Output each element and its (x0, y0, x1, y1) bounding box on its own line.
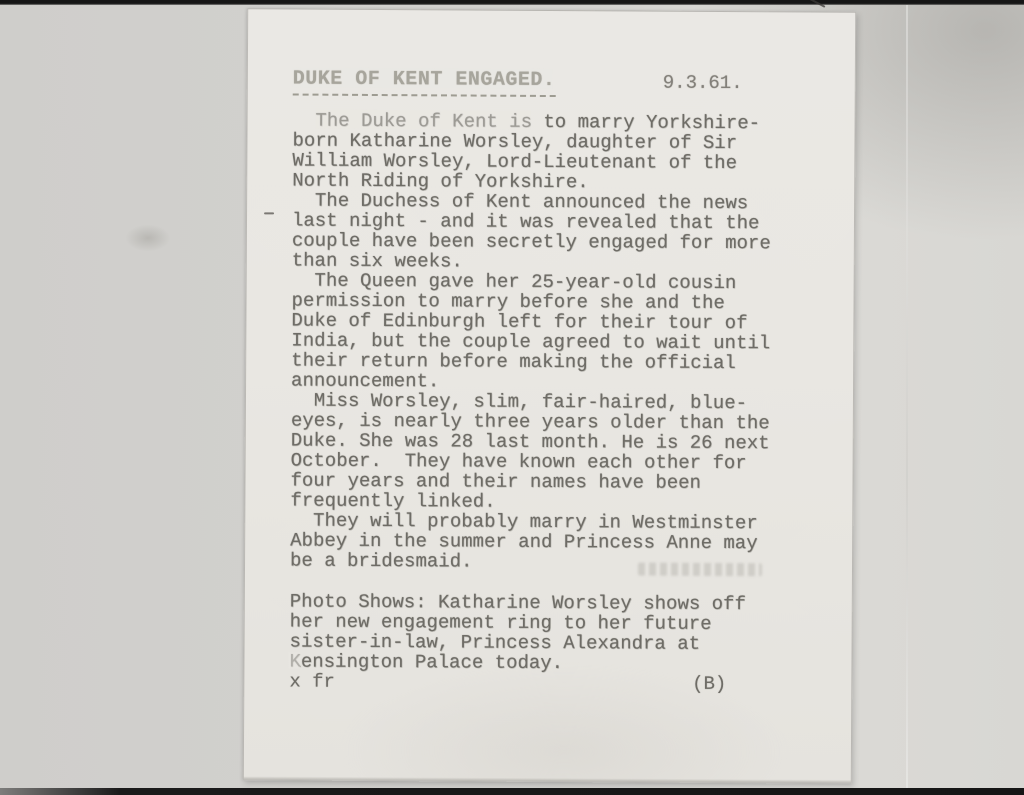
document-title: DUKE OF KENT ENGAGED. (293, 68, 556, 98)
photograph-background: DUKE OF KENT ENGAGED. 9.3.61. The Duke o… (0, 0, 1024, 795)
paper-edge-shadow (244, 776, 851, 782)
agency-mark: (B) (692, 674, 726, 694)
document-body-text: The Duke of Kent is to marry Yorkshire- … (290, 111, 772, 574)
ink-ghost-impression (638, 563, 762, 577)
margin-dash-mark (264, 212, 274, 214)
footer-annotation: x fr (289, 672, 335, 692)
photo-top-border (0, 0, 1024, 5)
background-crease (906, 5, 908, 788)
photo-caption-text: Photo Shows: Katharine Worsley shows off… (289, 592, 746, 675)
document-sheet: DUKE OF KENT ENGAGED. 9.3.61. The Duke o… (243, 8, 856, 783)
photo-bottom-border (0, 788, 1024, 795)
document-date: 9.3.61. (663, 72, 743, 94)
document-footer: x fr (B) (289, 672, 726, 695)
